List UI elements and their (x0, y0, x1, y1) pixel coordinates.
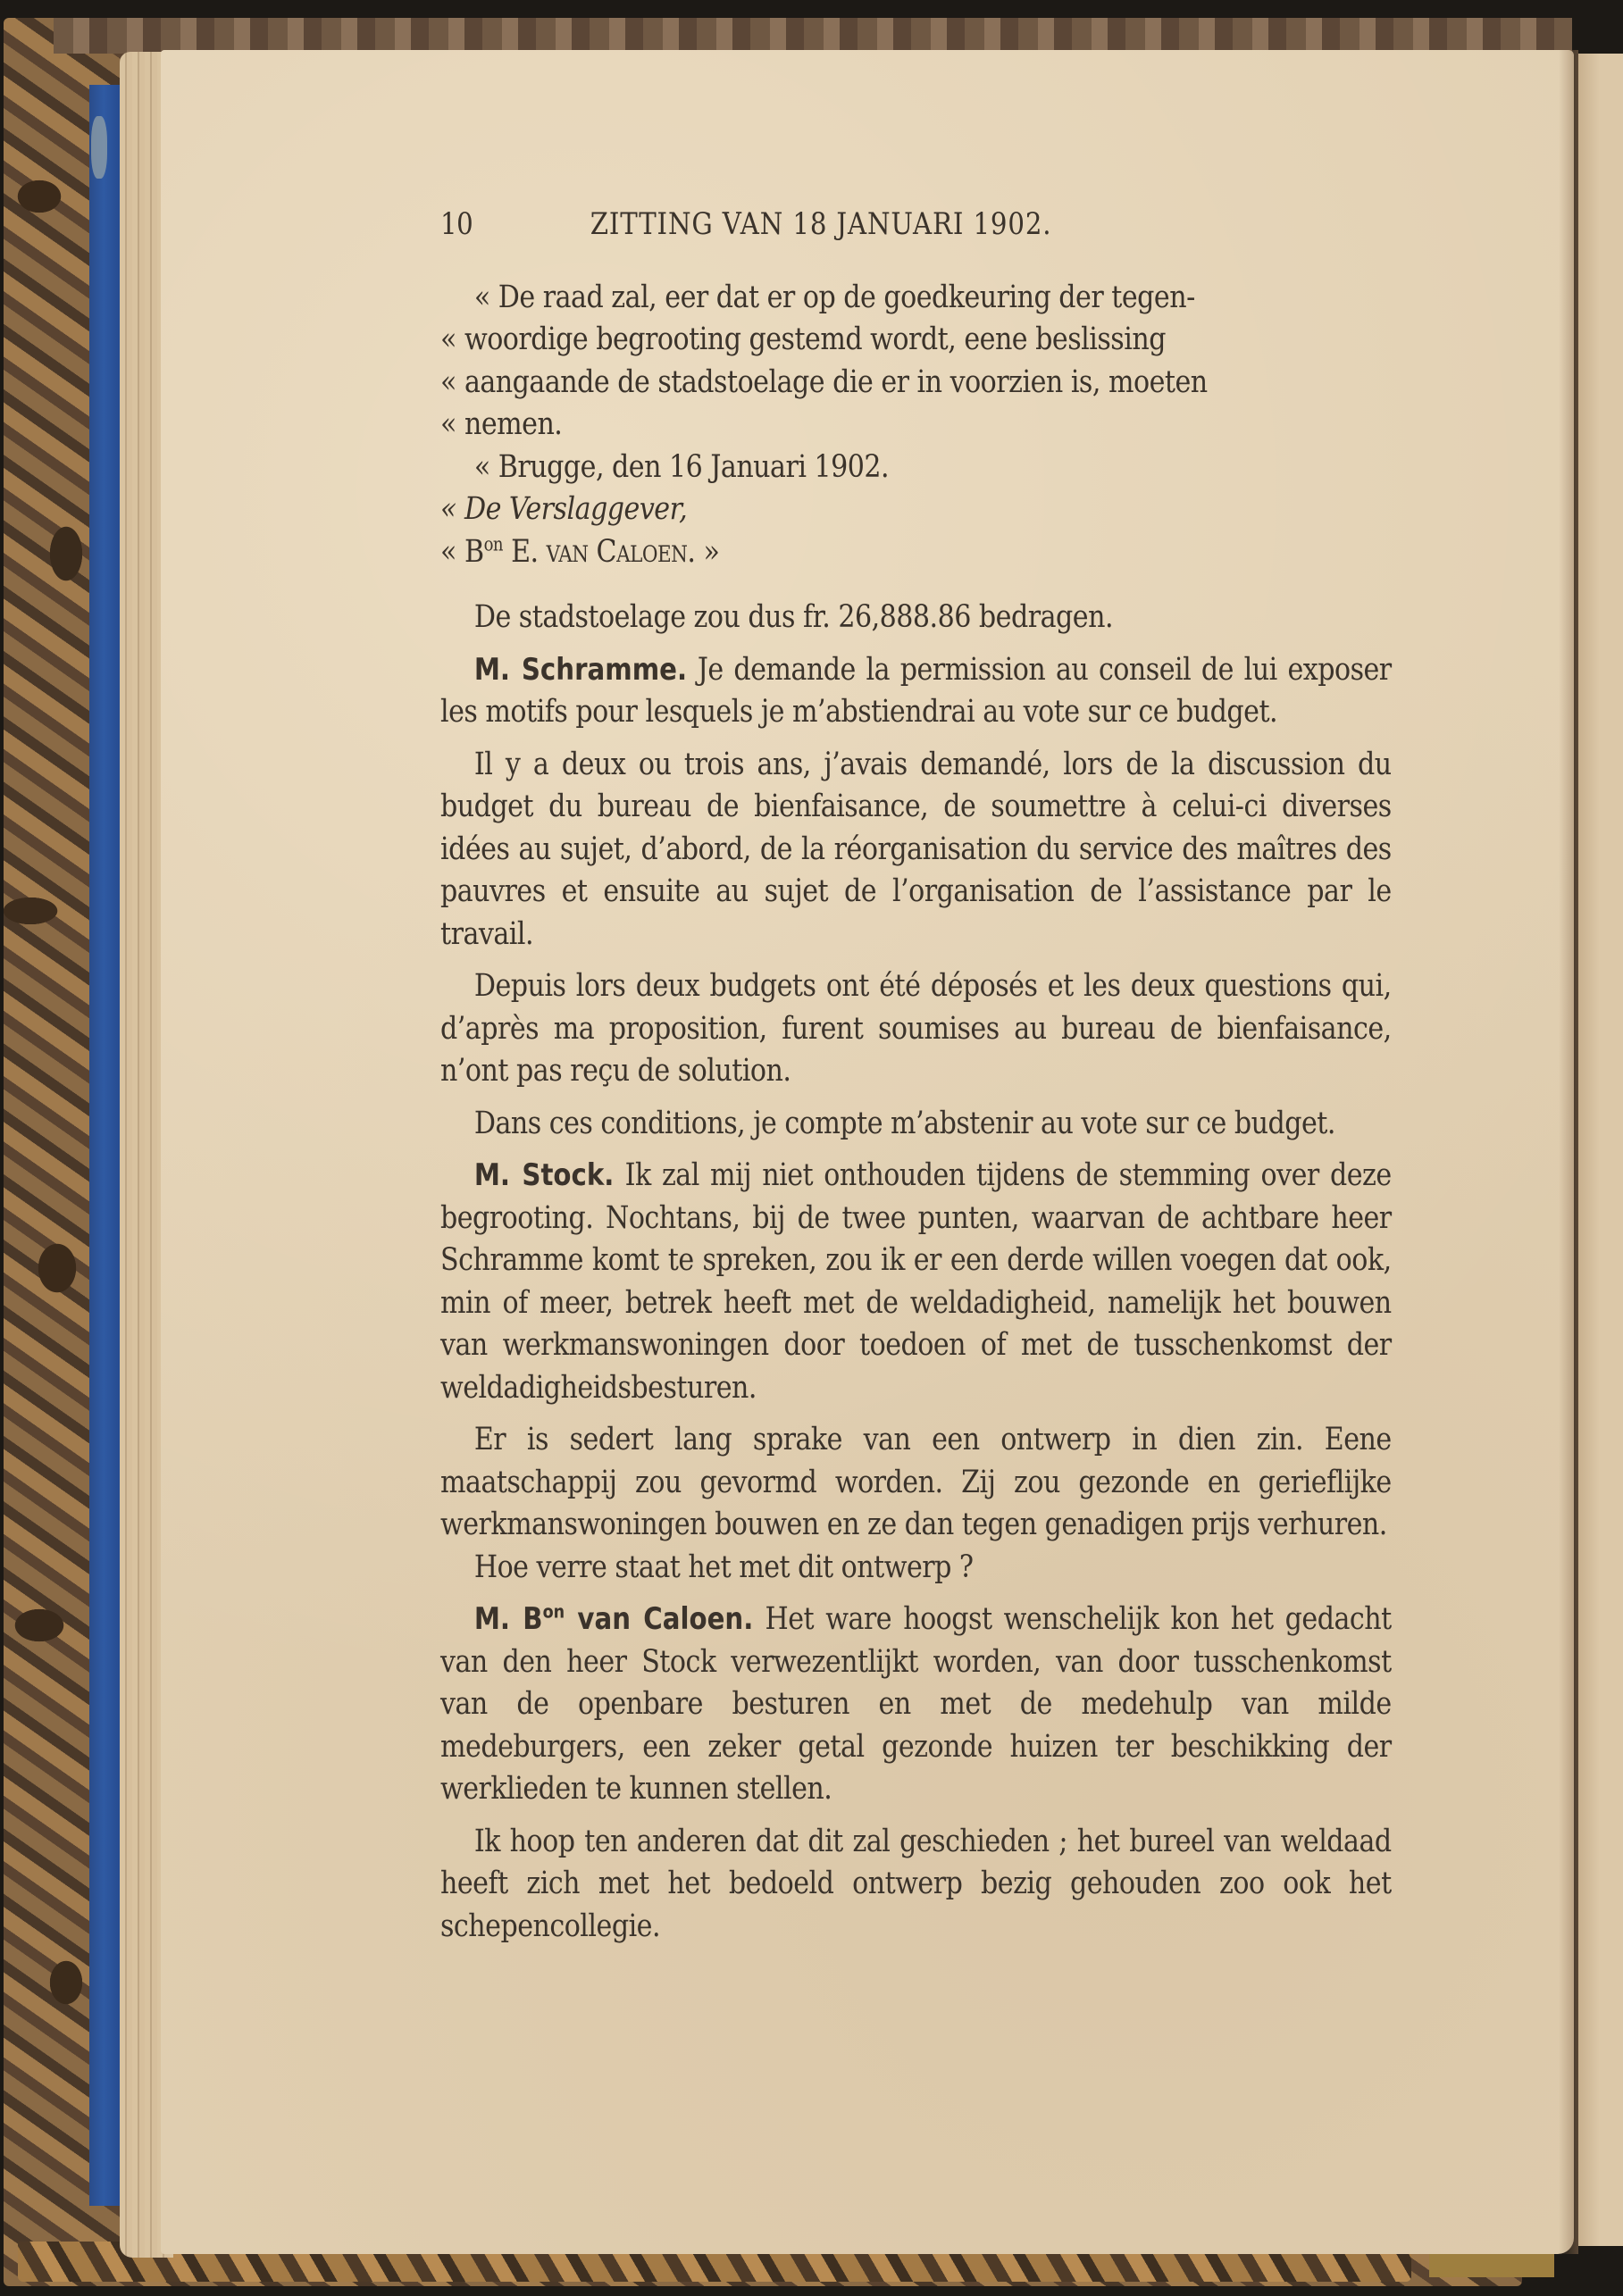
paragraph: Hoe verre staat het met dit ontwerp ? (440, 1547, 1392, 1590)
paragraph: Er is sedert lang sprake van een ontwerp… (440, 1419, 1392, 1547)
running-header: 10 ZITTING VAN 18 JANUARI 1902. (440, 204, 1392, 246)
speaker-prefix: M. B (474, 1601, 543, 1637)
speaker-suffix: van Caloen. (565, 1601, 753, 1637)
signature-surname: E. van Caloen. » (503, 534, 719, 570)
page-text-block: 10 ZITTING VAN 18 JANUARI 1902. « De raa… (440, 204, 1392, 1948)
speaker-name: M. Bon van Caloen. (474, 1601, 754, 1637)
running-title: ZITTING VAN 18 JANUARI 1902. (590, 204, 1052, 246)
paragraph: Ik hoop ten anderen dat dit zal geschied… (440, 1821, 1392, 1949)
book-photo-scene: 10 ZITTING VAN 18 JANUARI 1902. « De raa… (0, 0, 1623, 2296)
quote-line: « woordige begrooting gestemd wordt, een… (440, 319, 1392, 362)
cover-top-edge (54, 18, 1572, 54)
paragraph: Il y a deux ou trois ans, j’avais demand… (440, 744, 1392, 956)
paragraph-van-caloen: M. Bon van Caloen. Het ware hoogst wensc… (440, 1599, 1392, 1811)
paragraph: Dans ces conditions, je compte m’absteni… (440, 1103, 1392, 1146)
spine-wear-mark (91, 116, 107, 179)
place-date: « Brugge, den 16 Januari 1902. (440, 447, 1392, 489)
quote-line: « De raad zal, eer dat er op de goedkeur… (440, 277, 1392, 320)
speaker-name: M. Schramme. (474, 652, 687, 688)
signature-role: « De Verslaggever, (440, 488, 1392, 531)
paragraph: De stadstoelage zou dus fr. 26,888.86 be… (440, 597, 1392, 639)
next-page-edge (1578, 54, 1623, 2246)
quote-line: « nemen. (440, 404, 1392, 447)
quoted-report: « De raad zal, eer dat er op de goedkeur… (440, 277, 1392, 574)
gutter-shadow (1559, 50, 1578, 2254)
page-number: 10 (440, 204, 590, 246)
paragraph-stock: M. Stock. Ik zal mij niet onthouden tijd… (440, 1155, 1392, 1409)
paragraph: Depuis lors deux budgets ont été déposés… (440, 965, 1392, 1093)
paragraph-text: Ik zal mij niet onthouden tijdens de ste… (440, 1157, 1392, 1406)
quote-line: « aangaande de stadstoelage die er in vo… (440, 362, 1392, 405)
signature-name: « Bon E. van Caloen. » (440, 531, 1392, 574)
signature-sup: on (484, 533, 503, 555)
signature-prefix: « B (440, 534, 484, 570)
paragraph-schramme: M. Schramme. Je demande la permission au… (440, 649, 1392, 734)
speaker-name: M. Stock. (474, 1157, 615, 1193)
speaker-sup: on (543, 1601, 565, 1623)
